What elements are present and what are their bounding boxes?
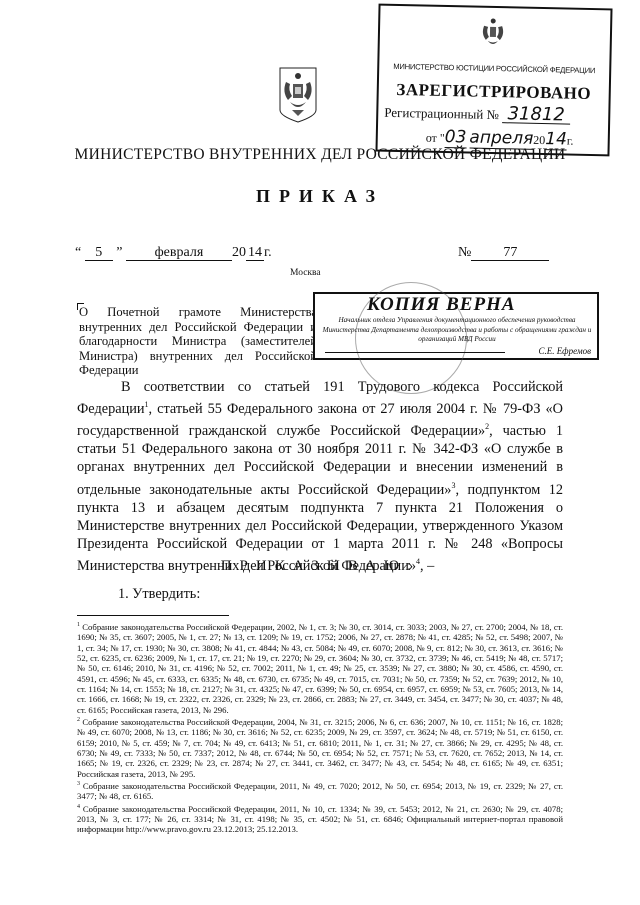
order-number: №77 (458, 245, 549, 261)
order-date: “ 5 ” февраля2014г. (75, 245, 272, 261)
order-number-value: 77 (471, 246, 549, 261)
order-subject: О Почетной грамоте Министерства внутренн… (79, 305, 317, 378)
order-year: 14 (246, 246, 264, 261)
order-year-end: г. (264, 245, 272, 260)
footnote: 2 Собрание законодательства Российской Ф… (77, 715, 563, 779)
copy-stamp-description: Начальник отдела Управления документацио… (321, 316, 593, 345)
stamp-ministry-name: МИНИСТЕРСТВО ЮСТИЦИИ РОССИЙСКОЙ ФЕДЕРАЦИ… (379, 62, 609, 76)
ministry-title: МИНИСТЕРСТВО ВНУТРЕННИХ ДЕЛ РОССИЙСКОЙ Ф… (0, 146, 640, 164)
registration-year-prefix: 20 (533, 133, 545, 147)
city: Москва (290, 268, 321, 278)
order-day: 5 (85, 246, 113, 261)
registration-number-label: Регистрационный № (384, 105, 499, 122)
order-title: ПРИКАЗ (0, 186, 640, 207)
stamp-status: ЗАРЕГИСТРИРОВАНО (379, 80, 609, 105)
coat-of-arms-icon (480, 16, 507, 49)
order-year-prefix: 20 (232, 245, 246, 260)
footnote-divider (77, 615, 229, 616)
coat-of-arms-icon (278, 66, 318, 124)
copy-stamp-signer: С.Е. Ефремов (538, 346, 591, 356)
quote-close: ” (116, 245, 122, 260)
footnote: 3 Собрание законодательства Российской Ф… (77, 779, 563, 802)
decree-heading: ПРИКАЗЫВАЮ: (0, 558, 640, 575)
copy-stamp-title: КОПИЯ ВЕРНА (367, 294, 516, 316)
footnotes: 1 Собрание законодательства Российской Ф… (77, 620, 563, 834)
date-prefix: от " (426, 131, 445, 145)
registration-stamp: МИНИСТЕРСТВО ЮСТИЦИИ РОССИЙСКОЙ ФЕДЕРАЦИ… (375, 4, 612, 157)
order-preamble: В соответствии со статьей 191 Трудового … (77, 378, 563, 575)
signature-line (325, 352, 505, 353)
number-label: № (458, 245, 471, 260)
item-1: 1. Утвердить: (118, 586, 200, 603)
copy-certified-stamp: КОПИЯ ВЕРНА Начальник отдела Управления … (313, 292, 599, 360)
registration-number: 31812 (502, 106, 570, 124)
quote-open: “ (75, 245, 81, 260)
footnote: 4 Собрание законодательства Российской Ф… (77, 802, 563, 835)
registration-number-line: Регистрационный № 31812 (384, 104, 570, 125)
order-month: февраля (126, 246, 232, 261)
footnote: 1 Собрание законодательства Российской Ф… (77, 620, 563, 715)
